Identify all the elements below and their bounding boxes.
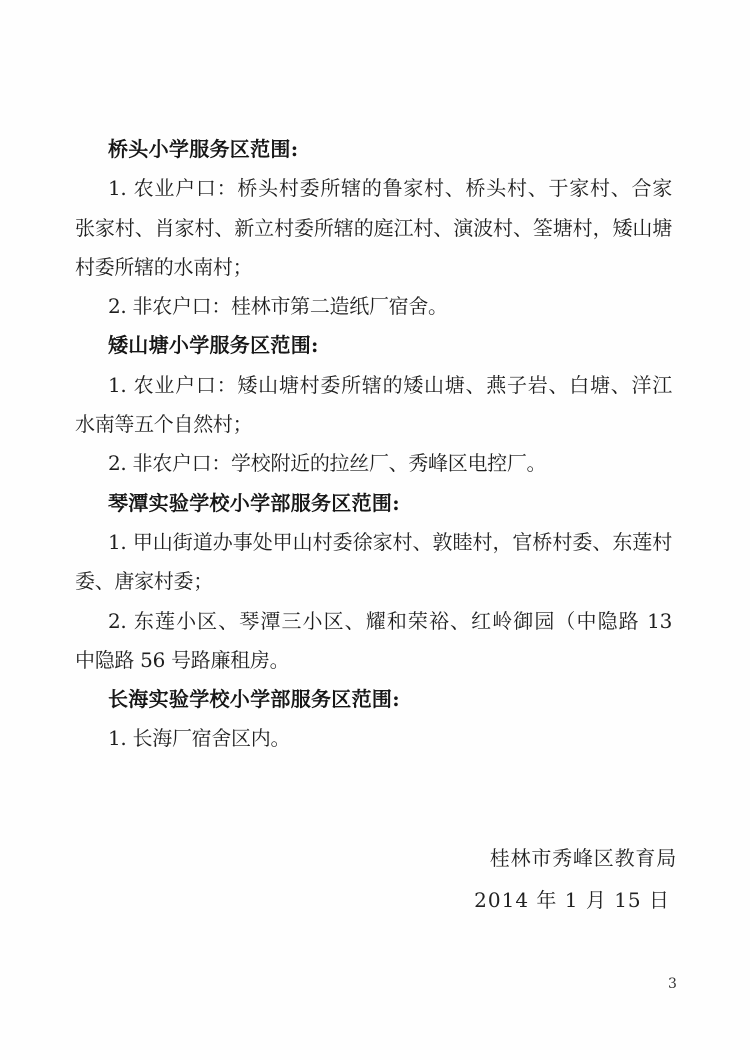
body-line: 2. 东莲小区、琴潭三小区、耀和荣裕、红岭御园（中隐路 13 号）、 xyxy=(75,602,672,641)
body-line: 1. 农业户口：矮山塘村委所辖的矮山塘、燕子岩、白塘、洋江头、 xyxy=(75,366,672,405)
signature-issuer: 桂林市秀峰区教育局 xyxy=(490,842,677,871)
body-line: 委、唐家村委； xyxy=(75,562,672,601)
body-line: 村委所辖的水南村； xyxy=(75,248,672,287)
signature-date: 2014 年 1 月 15 日 xyxy=(474,884,670,913)
section-heading: 矮山塘小学服务区范围: xyxy=(75,326,672,365)
body-line: 1. 农业户口：桥头村委所辖的鲁家村、桥头村、于家村、合家村、 xyxy=(75,169,672,208)
body-line: 1. 长海厂宿舍区内。 xyxy=(75,719,672,758)
section-heading: 琴潭实验学校小学部服务区范围: xyxy=(75,484,672,523)
document-body: 桥头小学服务区范围:1. 农业户口：桥头村委所辖的鲁家村、桥头村、于家村、合家村… xyxy=(75,130,672,759)
body-line: 2. 非农户口：学校附近的拉丝厂、秀峰区电控厂。 xyxy=(75,444,672,483)
body-line: 2. 非农户口：桂林市第二造纸厂宿舍。 xyxy=(75,287,672,326)
body-line: 中隐路 56 号路廉租房。 xyxy=(75,641,672,680)
section-heading: 桥头小学服务区范围: xyxy=(75,130,672,169)
document-page: 桥头小学服务区范围:1. 农业户口：桥头村委所辖的鲁家村、桥头村、于家村、合家村… xyxy=(0,0,750,1060)
body-line: 水南等五个自然村； xyxy=(75,405,672,444)
page-number: 3 xyxy=(668,976,677,992)
body-line: 张家村、肖家村、新立村委所辖的庭江村、演波村、筌塘村，矮山塘 xyxy=(75,209,672,248)
section-heading: 长海实验学校小学部服务区范围: xyxy=(75,680,672,719)
body-line: 1. 甲山街道办事处甲山村委徐家村、敦睦村，官桥村委、东莲村 xyxy=(75,523,672,562)
